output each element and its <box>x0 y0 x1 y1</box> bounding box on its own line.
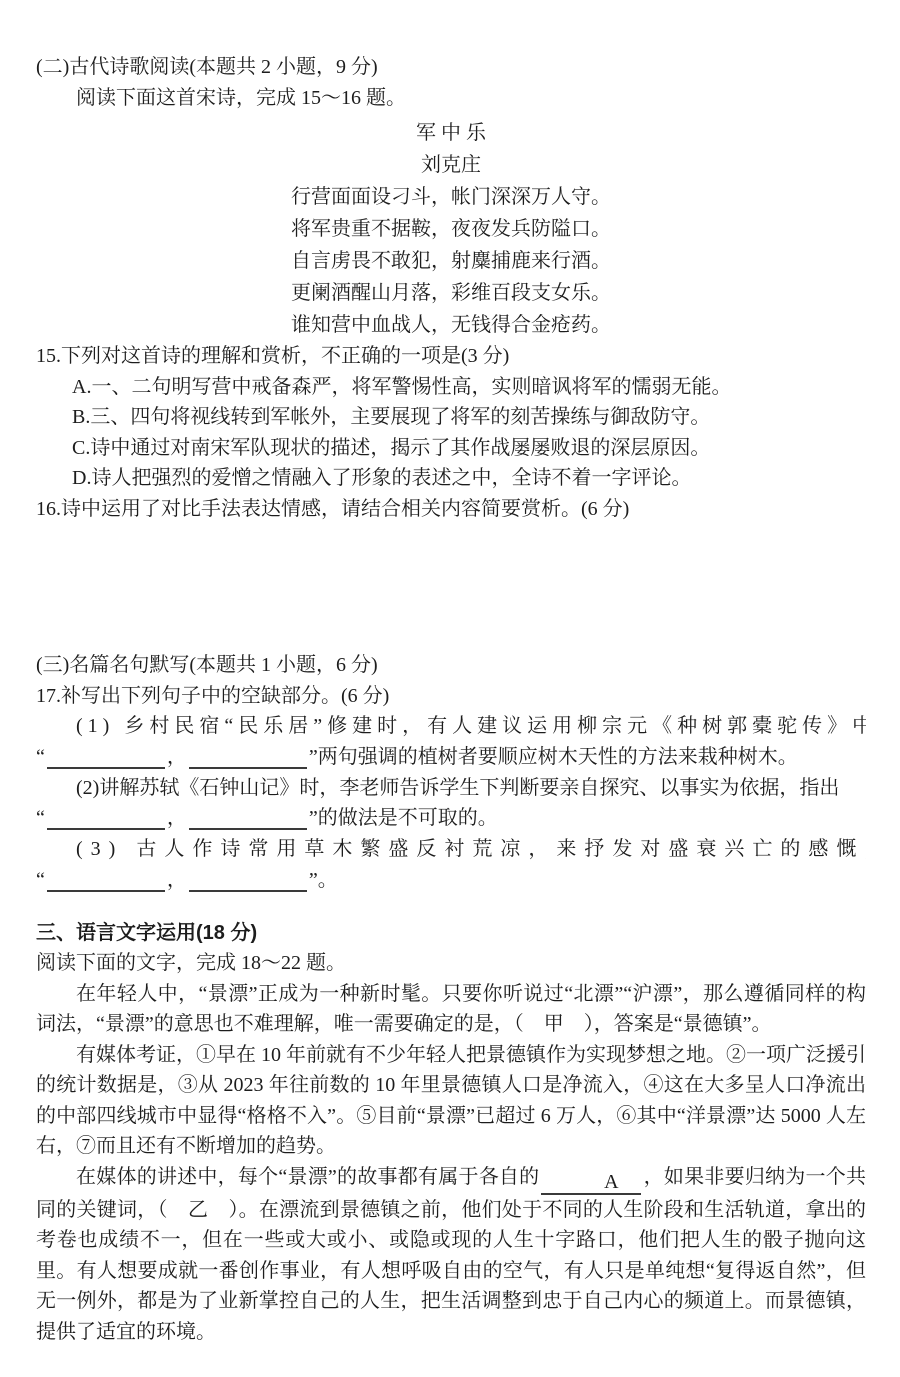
poetry-intro: 阅读下面这首宋诗，完成 15～16 题。 <box>36 83 866 114</box>
answer-space <box>36 524 866 650</box>
q17-item3-blank-row: “，”。 <box>36 865 866 896</box>
answer-blank <box>47 878 165 892</box>
q15-option-a: A.一、二句明写营中戒备森严，将军警惕性高，实则暗讽将军的懦弱无能。 <box>36 372 866 403</box>
language-para3: 在媒体的讲述中，每个“景漂”的故事都有属于各自的A，如果非要归纳为一个共同的关键… <box>36 1162 866 1348</box>
open-quote: “ <box>36 807 45 829</box>
poem-line: 行营面面设刁斗，帐门深深万人守。 <box>36 181 866 213</box>
language-intro: 阅读下面的文字，完成 18～22 题。 <box>36 948 866 979</box>
para3-before: 在媒体的讲述中，每个“景漂”的故事都有属于各自的 <box>76 1166 539 1188</box>
answer-blank <box>189 755 307 769</box>
poem-line: 自言虏畏不敢犯，射麋捕鹿来行酒。 <box>36 245 866 277</box>
answer-blank <box>47 816 165 830</box>
answer-blank <box>189 878 307 892</box>
poetry-reading-section: (二)古代诗歌阅读(本题共 2 小题，9 分) 阅读下面这首宋诗，完成 15～1… <box>36 52 866 524</box>
item1-tail: ”两句强调的植树者要顺应树木天性的方法来栽种树木。 <box>309 746 798 768</box>
q15-stem: 15.下列对这首诗的理解和赏析，不正确的一项是(3 分) <box>36 341 866 372</box>
poem-author: 刘克庄 <box>36 149 866 181</box>
answer-blank <box>47 755 165 769</box>
section-gap <box>36 896 866 918</box>
section-heading-dictation: (三)名篇名句默写(本题共 1 小题，6 分) <box>36 650 866 681</box>
section-heading-language: 三、语言文字运用(18 分) <box>36 918 866 949</box>
dictation-section: (三)名篇名句默写(本题共 1 小题，6 分) 17.补写出下列句子中的空缺部分… <box>36 650 866 896</box>
blank-separator: ， <box>167 746 187 768</box>
q15-option-c: C.诗中通过对南宋军队现状的描述，揭示了其作战屡屡败退的深层原因。 <box>36 433 866 464</box>
q16-stem: 16.诗中运用了对比手法表达情感，请结合相关内容简要赏析。(6 分) <box>36 494 866 525</box>
poem-line: 谁知营中血战人，无钱得合金疮药。 <box>36 309 866 341</box>
language-use-section: 三、语言文字运用(18 分) 阅读下面的文字，完成 18～22 题。 在年轻人中… <box>36 918 866 1348</box>
q17-item2-lead: (2)讲解苏轼《石钟山记》时，李老师告诉学生下判断要亲自探究、以事实为依据，指出 <box>36 773 866 804</box>
q15-option-d: D.诗人把强烈的爱憎之情融入了形象的表述之中，全诗不着一字评论。 <box>36 463 866 494</box>
open-quote: “ <box>36 869 45 891</box>
open-quote: “ <box>36 746 45 768</box>
q17-item2-blank-row: “，”的做法是不可取的。 <box>36 803 866 834</box>
language-para2: 有媒体考证，①早在 10 年前就有不少年轻人把景德镇作为实现梦想之地。②一项广泛… <box>36 1040 866 1162</box>
section-heading-poetry: (二)古代诗歌阅读(本题共 2 小题，9 分) <box>36 52 866 83</box>
q17-item3-lead: (3) 古人作诗常用草木繁盛反衬荒凉，来抒发对盛衰兴亡的感慨，如 <box>36 834 866 865</box>
language-para1: 在年轻人中，“景漂”正成为一种新时髦。只要你听说过“北漂”“沪漂”，那么遵循同样… <box>36 979 866 1040</box>
item3-tail: ”。 <box>309 869 338 891</box>
para3-after: ，如果非要归纳为一个共同的关键词，（ 乙 ）。在漂流到景德镇之前，他们处于不同的… <box>36 1166 866 1343</box>
blank-separator: ， <box>167 807 187 829</box>
blank-label: A <box>604 1171 618 1193</box>
q15-option-b: B.三、四句将视线转到军帐外，主要展现了将军的刻苦操练与御敌防守。 <box>36 402 866 433</box>
q17-stem: 17.补写出下列句子中的空缺部分。(6 分) <box>36 681 866 712</box>
blank-separator: ， <box>167 869 187 891</box>
exam-page: (二)古代诗歌阅读(本题共 2 小题，9 分) 阅读下面这首宋诗，完成 15～1… <box>0 0 900 1347</box>
poem-title: 军 中 乐 <box>36 117 866 149</box>
poem-line: 将军贵重不据鞍，夜夜发兵防隘口。 <box>36 213 866 245</box>
answer-blank <box>189 816 307 830</box>
poem-block: 军 中 乐 刘克庄 行营面面设刁斗，帐门深深万人守。 将军贵重不据鞍，夜夜发兵防… <box>36 117 866 341</box>
poem-line: 更阑酒醒山月落，彩维百段支女乐。 <box>36 277 866 309</box>
q17-item1-blank-row: “，”两句强调的植树者要顺应树木天性的方法来栽种树木。 <box>36 742 866 773</box>
item2-tail: ”的做法是不可取的。 <box>309 807 498 829</box>
labeled-answer-blank-A: A <box>541 1172 641 1195</box>
q17-item1-lead: (1) 乡村民宿“民乐居”修建时，有人建议运用柳宗元《种树郭橐驼传》中 <box>36 711 866 742</box>
